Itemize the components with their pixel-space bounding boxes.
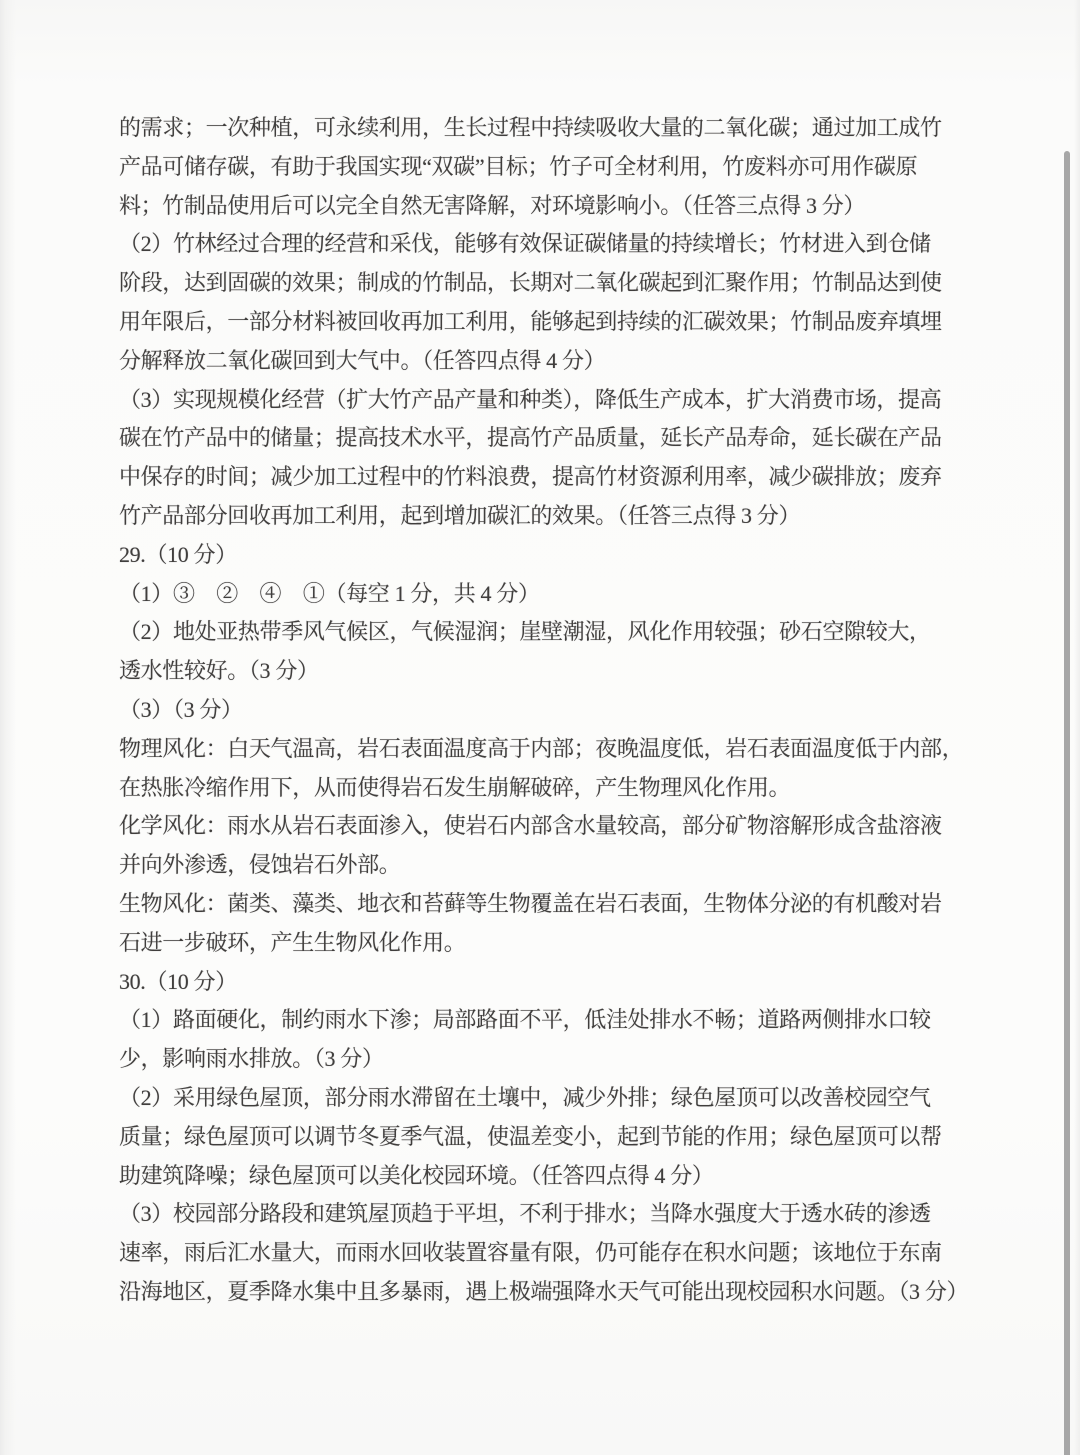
text-line-10: 中保存的时间；减少加工过程中的竹料浪费，提高竹材资源利用率，减少碳排放；废弃 <box>119 458 989 497</box>
text-line-19: 化学风化：雨水从岩石表面渗入，使岩石内部含水量较高，部分矿物溶解形成含盐溶液 <box>119 807 989 846</box>
text-line-7: 分解释放二氧化碳回到大气中。（任答四点得 4 分） <box>119 342 989 381</box>
text-line-5: 阶段，达到固碳的效果；制成的竹制品，长期对二氧化碳起到汇聚作用；竹制品达到使 <box>119 264 989 303</box>
scrollbar-thumb[interactable] <box>1064 151 1070 1455</box>
text-line-31: 沿海地区，夏季降水集中且多暴雨，遇上极端强降水天气可能出现校园积水问题。（3 分… <box>119 1273 989 1312</box>
text-line-28: 助建筑降噪；绿色屋顶可以美化校园环境。（任答四点得 4 分） <box>119 1157 989 1196</box>
text-line-14: （2）地处亚热带季风气候区，气候湿润；崖壁潮湿，风化作用较强；砂石空隙较大， <box>119 613 989 652</box>
text-line-1: 的需求；一次种植，可永续利用，生长过程中持续吸收大量的二氧化碳；通过加工成竹 <box>119 109 989 148</box>
text-line-13: （1）③ ② ④ ①（每空 1 分，共 4 分） <box>119 575 989 614</box>
text-line-22: 石进一步破环，产生生物风化作用。 <box>119 924 989 963</box>
text-line-26: （2）采用绿色屋顶，部分雨水滞留在土壤中，减少外排；绿色屋顶可以改善校园空气 <box>119 1079 989 1118</box>
text-line-27: 质量；绿色屋顶可以调节冬夏季气温，使温差变小，起到节能的作用；绿色屋顶可以帮 <box>119 1118 989 1157</box>
answer-sheet-page: 的需求；一次种植，可永续利用，生长过程中持续吸收大量的二氧化碳；通过加工成竹产品… <box>0 0 1080 1455</box>
text-line-8: （3）实现规模化经营（扩大竹产品产量和种类），降低生产成本，扩大消费市场，提高 <box>119 381 989 420</box>
text-line-4: （2）竹林经过合理的经营和采伐，能够有效保证碳储量的持续增长；竹材进入到仓储 <box>119 225 989 264</box>
text-line-3: 料；竹制品使用后可以完全自然无害降解，对环境影响小。（任答三点得 3 分） <box>119 187 989 226</box>
text-line-18: 在热胀冷缩作用下，从而使得岩石发生崩解破碎，产生物理风化作用。 <box>119 769 989 808</box>
text-line-30: 速率，雨后汇水量大，而雨水回收装置容量有限，仍可能存在积水问题；该地位于东南 <box>119 1234 989 1273</box>
text-line-24: （1）路面硬化，制约雨水下渗；局部路面不平，低洼处排水不畅；道路两侧排水口较 <box>119 1001 989 1040</box>
text-line-21: 生物风化：菌类、藻类、地衣和苔藓等生物覆盖在岩石表面，生物体分泌的有机酸对岩 <box>119 885 989 924</box>
page-left-shadow <box>0 0 16 1455</box>
text-line-9: 碳在竹产品中的储量；提高技术水平，提高竹产品质量，延长产品寿命，延长碳在产品 <box>119 419 989 458</box>
text-line-12: 29.（10 分） <box>119 536 989 575</box>
text-line-29: （3）校园部分路段和建筑屋顶趋于平坦，不利于排水；当降水强度大于透水砖的渗透 <box>119 1195 989 1234</box>
text-line-16: （3）（3 分） <box>119 691 989 730</box>
text-line-6: 用年限后，一部分材料被回收再加工利用，能够起到持续的汇碳效果；竹制品废弃填埋 <box>119 303 989 342</box>
text-line-20: 并向外渗透，侵蚀岩石外部。 <box>119 846 989 885</box>
page-right-edge <box>1074 0 1080 1455</box>
text-line-25: 少，影响雨水排放。（3 分） <box>119 1040 989 1079</box>
answer-text-block: 的需求；一次种植，可永续利用，生长过程中持续吸收大量的二氧化碳；通过加工成竹产品… <box>119 109 989 1312</box>
text-line-23: 30.（10 分） <box>119 963 989 1002</box>
text-line-15: 透水性较好。（3 分） <box>119 652 989 691</box>
text-line-17: 物理风化：白天气温高，岩石表面温度高于内部；夜晚温度低，岩石表面温度低于内部， <box>119 730 989 769</box>
text-line-11: 竹产品部分回收再加工利用，起到增加碳汇的效果。（任答三点得 3 分） <box>119 497 989 536</box>
text-line-2: 产品可储存碳，有助于我国实现“双碳”目标；竹子可全材利用，竹废料亦可用作碳原 <box>119 148 989 187</box>
